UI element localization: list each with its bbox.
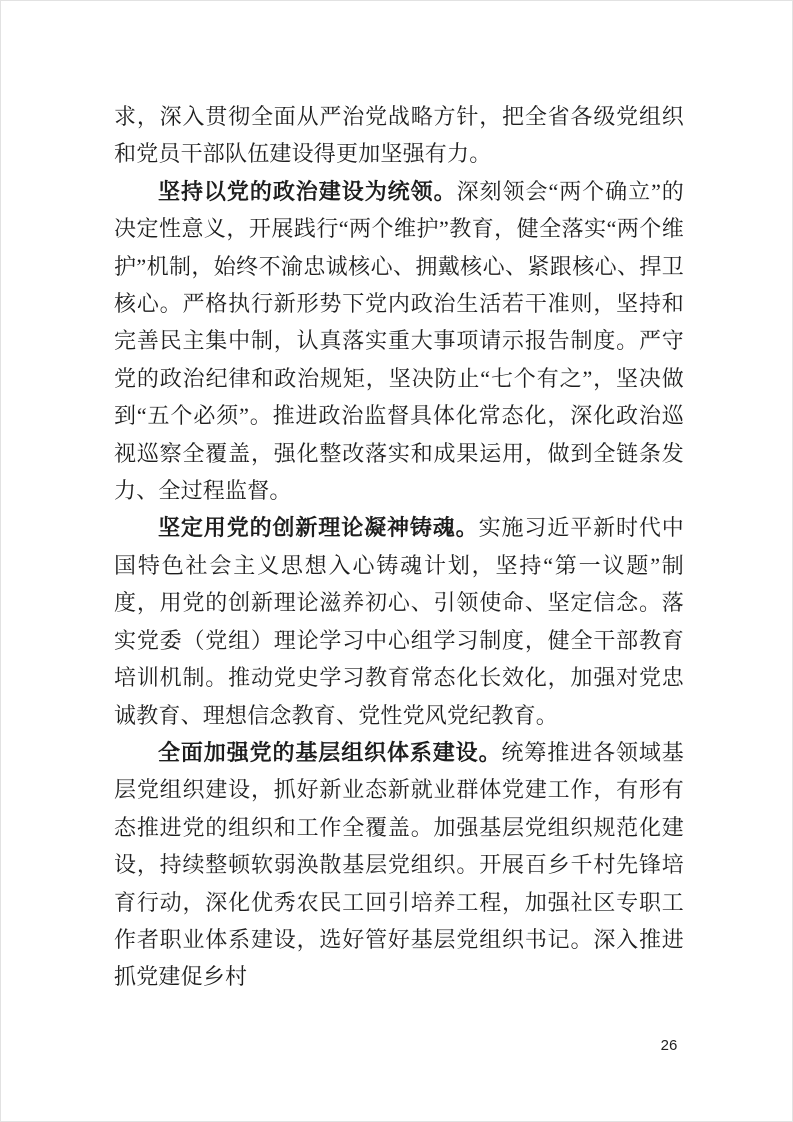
page-number: 26: [652, 1037, 686, 1055]
paragraph-grassroots-organization: 全面加强党的基层组织体系建设。统筹推进各领域基层党组织建设，抓好新业态新就业群体…: [114, 734, 684, 996]
paragraph-text: 统筹推进各领域基层党组织建设，抓好新业态新就业群体党建工作，有形有态推进党的组织…: [114, 740, 684, 989]
paragraph-innovation-theory: 坚定用党的创新理论凝神铸魂。实施习近平新时代中国特色社会主义思想入心铸魂计划，坚…: [114, 509, 684, 733]
paragraph-text: 求，深入贯彻全面从严治党战略方针，把全省各级党组织和党员干部队伍建设得更加坚强有…: [114, 104, 684, 166]
paragraph-lead-bold: 坚定用党的创新理论凝神铸魂。: [158, 515, 479, 540]
paragraph-political-building: 坚持以党的政治建设为统领。深刻领会“两个确立”的决定性意义，开展践行“两个维护”…: [114, 173, 684, 510]
paragraph-continuation: 求，深入贯彻全面从严治党战略方针，把全省各级党组织和党员干部队伍建设得更加坚强有…: [114, 98, 684, 173]
paragraph-text: 实施习近平新时代中国特色社会主义思想入心铸魂计划，坚持“第一议题”制度，用党的创…: [114, 515, 684, 727]
document-page: 求，深入贯彻全面从严治党战略方针，把全省各级党组织和党员干部队伍建设得更加坚强有…: [0, 0, 793, 1122]
page-body-text: 求，深入贯彻全面从严治党战略方针，把全省各级党组织和党员干部队伍建设得更加坚强有…: [114, 98, 684, 996]
paragraph-text: 深刻领会“两个确立”的决定性意义，开展践行“两个维护”教育，健全落实“两个维护”…: [114, 179, 684, 503]
paragraph-lead-bold: 全面加强党的基层组织体系建设。: [158, 740, 501, 765]
paragraph-lead-bold: 坚持以党的政治建设为统领。: [158, 179, 457, 204]
